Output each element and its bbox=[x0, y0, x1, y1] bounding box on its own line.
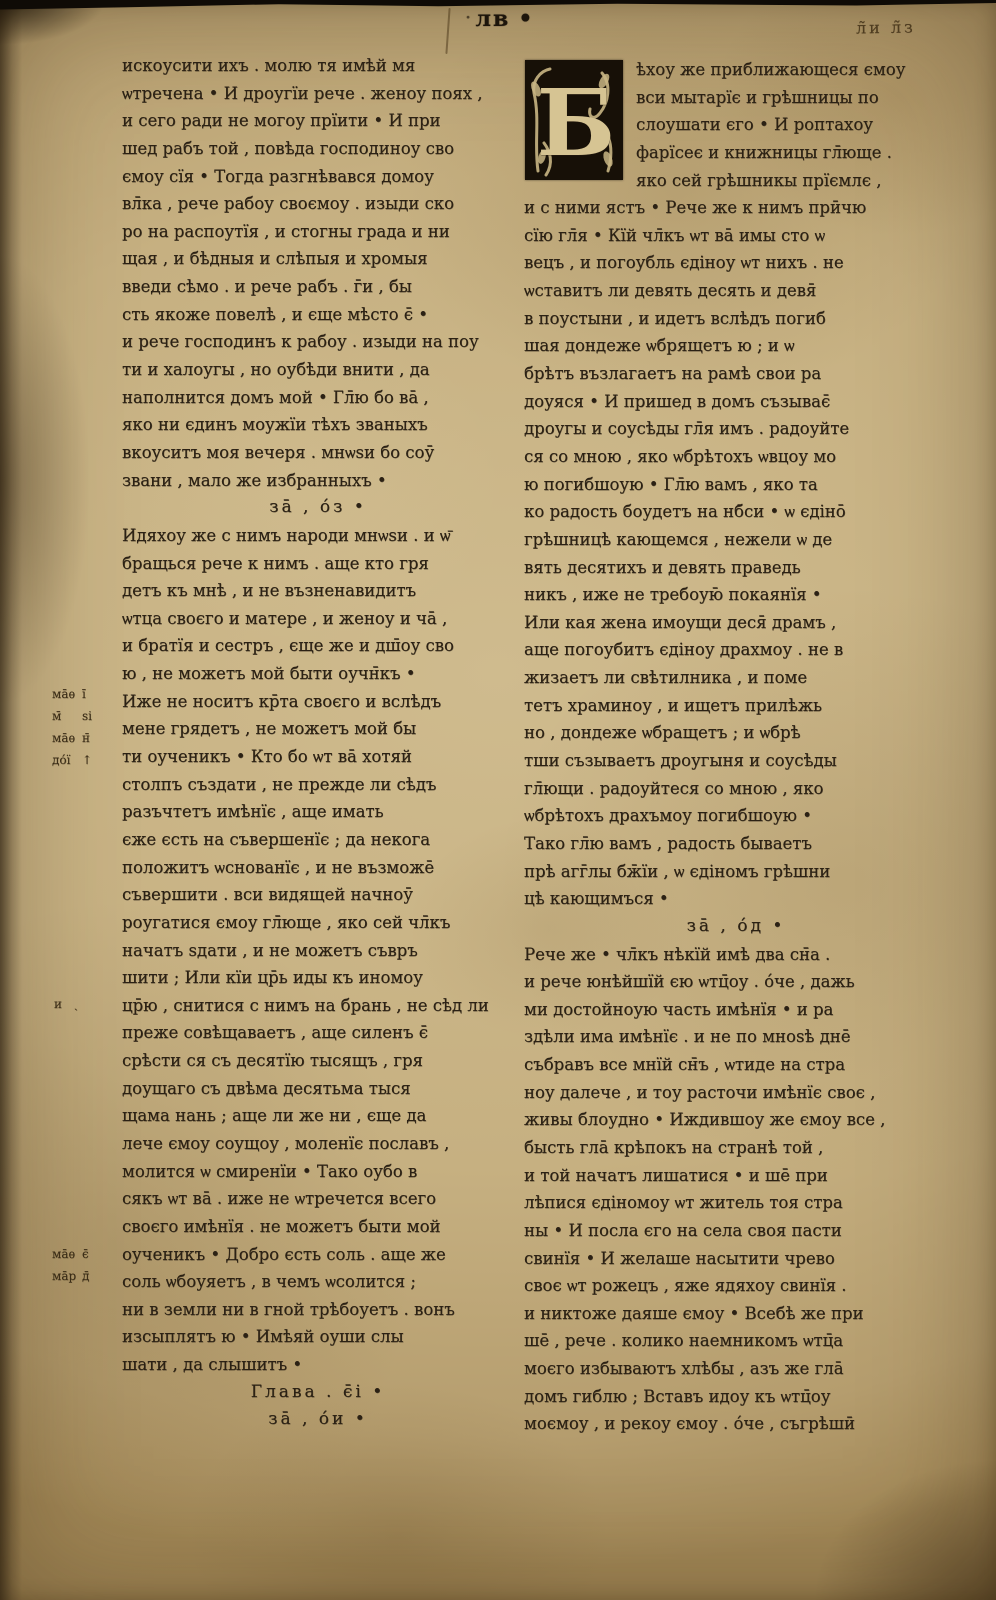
folio-dot: • bbox=[518, 6, 534, 32]
right-text-column: Б ѣхоу же приближающеся ємоувси мытарїє … bbox=[524, 56, 948, 1438]
left-text-column: искоусити ихъ . молю тя имѣй мяѡтречена … bbox=[122, 52, 514, 1434]
text-line: бращься рече к нимъ . аще кто гря bbox=[122, 550, 514, 578]
text-line: домъ гиблю ; Вставъ идоу къ ѡтц̄оу bbox=[524, 1383, 948, 1411]
text-line: ро на распоутїя , и стогны града и ни bbox=[122, 218, 514, 246]
text-line: бысть гла̄ крѣпокъ на странѣ той , bbox=[524, 1134, 948, 1162]
margin-note-item: ˏ bbox=[74, 998, 94, 1011]
zachalo-heading-67: за̄ , о́з • bbox=[122, 494, 514, 522]
text-line: мене грядетъ , не можетъ мой бы bbox=[122, 715, 514, 743]
text-line: положитъ ѡснованїє , и не възможе̄ bbox=[122, 854, 514, 882]
margin-note-item: ма̄ѳ bbox=[52, 688, 82, 701]
handwritten-folio-annotation: л̃и л̃з bbox=[856, 17, 916, 37]
text-line: вецъ , и погоубль єдіноу ѡт нихъ . не bbox=[524, 249, 948, 277]
margin-note-item: ма̄ѳ bbox=[52, 1248, 82, 1261]
text-line: Рече же • чл̄къ нѣкїй имѣ два сн̄а . bbox=[524, 941, 948, 969]
text-line: Или кая жена имоущи деся̄ драмъ , bbox=[524, 609, 948, 637]
text-line: шити ; Или кїи цр̄ь иды къ иномоу bbox=[122, 964, 514, 992]
text-line: роугатися ємоу гл̄юще , яко сей чл̄къ bbox=[122, 909, 514, 937]
text-line: събравъ все мнїй сн̄ъ , ѡтиде на стра bbox=[524, 1051, 948, 1079]
text-line: и никтоже даяше ємоу • Всебѣ же при bbox=[524, 1300, 948, 1328]
ornate-initial-woodcut: Б bbox=[524, 59, 624, 181]
text-line: никъ , иже не требоую̄ покаянїя • bbox=[524, 581, 948, 609]
text-line: изсыплятъ ю • Имѣяй оуши слы bbox=[122, 1323, 514, 1351]
text-line: столпъ създати , не прежде ли сѣдъ bbox=[122, 771, 514, 799]
text-line: ноу далече , и тоу расточи имѣнїє своє , bbox=[524, 1079, 948, 1107]
text-line: ко радость боудетъ на нб̄си • ѡ єдіно̄ bbox=[524, 498, 948, 526]
text-line: цѣ кающимъся • bbox=[524, 885, 948, 913]
margin-note-marks: иˏ bbox=[54, 998, 94, 1011]
text-line: начатъ ѕдати , и не можетъ съвръ bbox=[122, 937, 514, 965]
text-line: сть якоже повелѣ , и єще мѣсто є̄ • bbox=[122, 301, 514, 329]
text-line: ти оученикъ • Кто бо ѡт ва̄ хотяй bbox=[122, 743, 514, 771]
margin-note-item: н̄ bbox=[82, 732, 102, 745]
left-column-block-2: Идяхоу же с нимъ народи мнѡѕи . и ѡ̄бращ… bbox=[122, 522, 514, 1379]
text-line: щама нань ; аще ли же ни , єще да bbox=[122, 1102, 514, 1130]
margin-note-item: и bbox=[54, 998, 74, 1011]
text-line: ше̄ , рече . колико наемникомъ ѡтц̄а bbox=[524, 1327, 948, 1355]
text-line: ѡтца своєго и матере , и женоу и ча̄ , bbox=[122, 605, 514, 633]
text-line: дроугы и соусѣды гл̄я имъ . радоуйте bbox=[524, 415, 948, 443]
text-line: вл̄ка , рече рабоу своємоу . изыди ско bbox=[122, 190, 514, 218]
text-line: разъчтетъ имѣнїє , аще имать bbox=[122, 798, 514, 826]
right-column-block-2: Рече же • чл̄къ нѣкїй имѣ два сн̄а .и ре… bbox=[524, 941, 948, 1439]
text-line: моєго избываютъ хлѣбы , азъ же гла̄ bbox=[524, 1355, 948, 1383]
text-line: Тако гл̄ю вамъ , радость бываетъ bbox=[524, 830, 948, 858]
text-line: ѡбрѣтохъ драхъмоу погибшоую • bbox=[524, 802, 948, 830]
text-line: ны • И посла єго на села своя пасти bbox=[524, 1217, 948, 1245]
left-column-block-1: искоусити ихъ . молю тя имѣй мяѡтречена … bbox=[122, 52, 514, 494]
text-line: ѡтречена • И дроугїи рече . женоу поях , bbox=[122, 80, 514, 108]
text-line: сякъ ѡт ва̄ . иже не ѡтречется всего bbox=[122, 1185, 514, 1213]
text-line: в поустыни , и идетъ вслѣдъ погиб bbox=[524, 305, 948, 333]
text-line: живы блоудно • Иждившоу же ємоу все , bbox=[524, 1106, 948, 1134]
margin-note-item: ѕі bbox=[82, 710, 102, 723]
zachalo-heading-79: за̄ , о́д • bbox=[524, 913, 948, 941]
margin-note-item: ма̄ѳ bbox=[52, 732, 82, 745]
zachalo-heading-78: за̄ , о́и • bbox=[122, 1406, 514, 1434]
margin-note-cross-references: ма̄ѳі̄м̄ѕіма̄ѳн̄до́ї↑ bbox=[52, 688, 102, 767]
margin-note-item: до́ї bbox=[52, 754, 82, 767]
text-line: лѣпися єдіномоу ѡт житель тоя стра bbox=[524, 1189, 948, 1217]
text-line: тши съзываетъ дроугыня и соусѣды bbox=[524, 747, 948, 775]
text-line: здѣли има имѣнїє . и не по мноѕѣ дне̄ bbox=[524, 1023, 948, 1051]
margin-note-item: є̄ bbox=[82, 1248, 102, 1261]
text-line: яко ни єдинъ моужїи тѣхъ званыхъ bbox=[122, 411, 514, 439]
text-line: моємоу , и рекоу ємоу . о́че , съгрѣшӣ bbox=[524, 1410, 948, 1438]
text-line: ти и халоугы , но оубѣди внити , да bbox=[122, 356, 514, 384]
text-line: соль ѡбоуяетъ , в чемъ ѡсолится ; bbox=[122, 1268, 514, 1296]
text-line: срѣсти ся съ десятїю тысящъ , гря bbox=[122, 1047, 514, 1075]
folio-number: ·лв• bbox=[440, 6, 560, 32]
page-left-edge-shadow bbox=[0, 0, 22, 1600]
text-line: звани , мало же избранныхъ • bbox=[122, 467, 514, 495]
text-line: ни в земли ни в гной трѣбоуетъ . вонъ bbox=[122, 1296, 514, 1324]
text-line: шед рабъ той , повѣда господиноу сво bbox=[122, 135, 514, 163]
text-line: доущаго съ двѣма десятьма тыся bbox=[122, 1075, 514, 1103]
text-line: тетъ храминоу , и ищетъ прилѣжь bbox=[524, 692, 948, 720]
text-line: ми достойноую часть имѣнїя • и ра bbox=[524, 996, 948, 1024]
margin-note-item: і̄ bbox=[82, 688, 102, 701]
folio-flourish: · bbox=[466, 10, 473, 26]
text-line: лече ємоу соущоу , моленїє пославъ , bbox=[122, 1130, 514, 1158]
text-line: свинїя • И желаше насытити чрево bbox=[524, 1245, 948, 1273]
text-line: ю погибшоую • Гл̄ю вамъ , яко та bbox=[524, 471, 948, 499]
text-line: Иже не носитъ кр̄та своєго и вслѣдъ bbox=[122, 688, 514, 716]
text-line: преже совѣщаваетъ , аще силенъ є̄ bbox=[122, 1019, 514, 1047]
text-line: и сего ради не могоу прїити • И при bbox=[122, 107, 514, 135]
text-line: ѡставитъ ли девять десять и девя̄ bbox=[524, 277, 948, 305]
text-line: єже єсть на съвершенїє ; да некога bbox=[122, 826, 514, 854]
text-line: цр̄ю , снитися с нимъ на брань , не сѣд … bbox=[122, 992, 514, 1020]
text-line: брѣтъ възлагаетъ на рамѣ свои ра bbox=[524, 360, 948, 388]
margin-note-item: ↑ bbox=[82, 754, 102, 767]
text-line: наполнится домъ мой • Гл̄ю бо ва̄ , bbox=[122, 384, 514, 412]
text-line: и той начатъ лишатися • и ше̄ при bbox=[524, 1162, 948, 1190]
text-line: но , дондеже ѡбращетъ ; и ѡбрѣ bbox=[524, 719, 948, 747]
text-line: гл̄ющи . радоуйтеся со мною , яко bbox=[524, 775, 948, 803]
text-line: и рече юнѣйшїй єю ѡтц̄оу . о́че , дажь bbox=[524, 968, 948, 996]
text-line: своєго имѣнїя . не можетъ быти мой bbox=[122, 1213, 514, 1241]
margin-note-item: м̄ bbox=[52, 710, 82, 723]
text-line: шати , да слышитъ • bbox=[122, 1351, 514, 1379]
text-line: своє ѡт рожецъ , яже ядяхоу свинїя . bbox=[524, 1272, 948, 1300]
text-line: молится ѡ смиренїи • Тако оубо в bbox=[122, 1158, 514, 1186]
text-line: аще погоубитъ єдіноу драхмоу . не в bbox=[524, 636, 948, 664]
folio-number-text: лв bbox=[476, 6, 511, 32]
margin-note-item: ма̄р bbox=[52, 1270, 82, 1283]
text-line: доуяся • И пришед в домъ съзыває̄ bbox=[524, 388, 948, 416]
text-line: и рече господинъ к рабоу . изыди на поу bbox=[122, 328, 514, 356]
text-line: съвершити . вси видящей начноӯ bbox=[122, 881, 514, 909]
initial-letter-glyph: Б bbox=[537, 69, 616, 177]
text-line: ся со мною , яко ѡбрѣтохъ ѡвцоу мо bbox=[524, 443, 948, 471]
text-line: введи сѣмо . и рече рабъ . г̄и , бы bbox=[122, 273, 514, 301]
book-page-scan: ·лв• л̃и л̃з ма̄ѳі̄м̄ѕіма̄ѳн̄до́ї↑ ма̄ѳє… bbox=[0, 0, 996, 1600]
ornate-initial-block: Б bbox=[524, 59, 624, 181]
margin-note-item: д̄ bbox=[82, 1270, 102, 1283]
text-line: и с ними ястъ • Рече же к нимъ прӣчю bbox=[524, 194, 948, 222]
text-line: и братїя и сестръ , єще же и дш̄оу сво bbox=[122, 632, 514, 660]
text-line: шая дондеже ѡбрящетъ ю ; и ѡ bbox=[524, 332, 948, 360]
text-line: прѣ агг̄лы бж̄їи , ѡ єдіномъ грѣшни bbox=[524, 858, 948, 886]
text-line: грѣшницѣ кающемся , нежели ѡ де bbox=[524, 526, 948, 554]
text-line: детъ къ мнѣ , и не възненавидитъ bbox=[122, 577, 514, 605]
text-line: щая , и бѣдныя и слѣпыя и хромыя bbox=[122, 245, 514, 273]
text-line: ю , не можетъ мой быти оучн̄къ • bbox=[122, 660, 514, 688]
text-line: оученикъ • Добро єсть соль . аще же bbox=[122, 1241, 514, 1269]
text-line: искоусити ихъ . молю тя имѣй мя bbox=[122, 52, 514, 80]
text-line: вкоуситъ моя вечеря . мнѡѕи бо соӯ bbox=[122, 439, 514, 467]
text-line: сїю гл̄я • Кїй чл̄къ ѡт ва̄ имы сто ѡ bbox=[524, 222, 948, 250]
right-column-block-1: ѣхоу же приближающеся ємоувси мытарїє и … bbox=[524, 56, 948, 913]
text-line: Идяхоу же с нимъ народи мнѡѕи . и ѡ̄ bbox=[122, 522, 514, 550]
text-line: вять десятихъ и девять праведь bbox=[524, 554, 948, 582]
text-line: жизаетъ ли свѣтилника , и поме bbox=[524, 664, 948, 692]
text-line: ємоу сїя • Тогда разгнѣвався домоу bbox=[122, 163, 514, 191]
chapter-heading: Глава . є̄і • bbox=[122, 1379, 514, 1407]
margin-note-cross-references: ма̄ѳє̄ма̄рд̄ bbox=[52, 1248, 102, 1283]
